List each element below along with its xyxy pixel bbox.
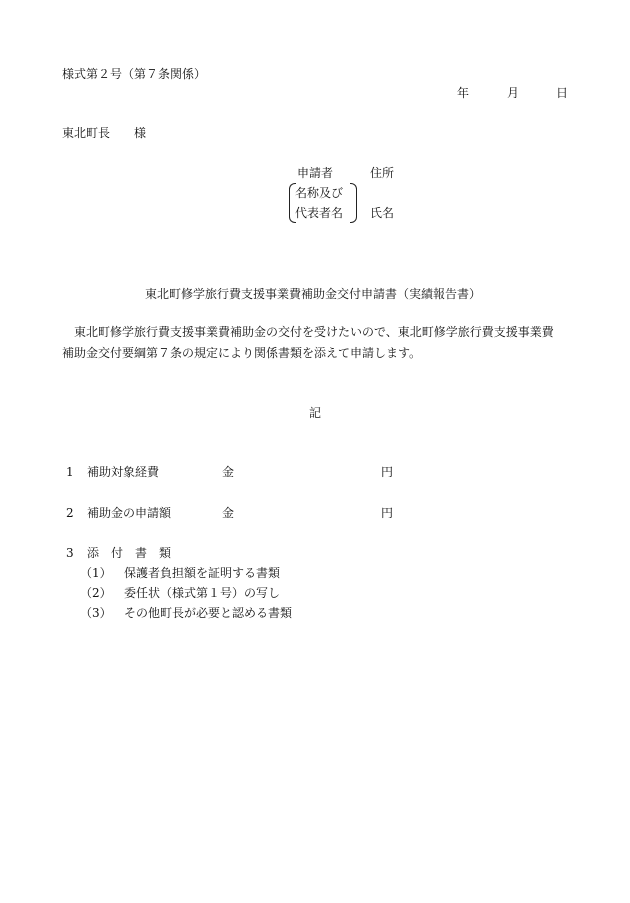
name-line1: 名称及び <box>295 186 343 200</box>
attachment-2-number: （2） <box>80 586 112 600</box>
attachments-number: 3 <box>66 546 74 560</box>
form-number: 様式第２号（第７条関係） <box>62 67 206 81</box>
item-1-unit: 円 <box>381 465 393 479</box>
date-year: 年 <box>457 86 469 100</box>
item-2-prefix: 金 <box>222 506 234 520</box>
item-1-label: 補助対象経費 <box>87 465 159 479</box>
item-2-number: 2 <box>66 506 74 520</box>
attachment-3-number: （3） <box>80 606 112 620</box>
attachment-1-text: 保護者負担額を証明する書類 <box>124 566 280 580</box>
address-label: 住所 <box>370 166 394 180</box>
attachment-2-text: 委任状（様式第１号）の写し <box>124 586 280 600</box>
attachment-3-text: その他町長が必要と認める書類 <box>124 606 292 620</box>
document-title: 東北町修学旅行費支援事業費補助金交付申請書（実績報告書） <box>145 287 481 301</box>
name-line2: 代表者名 <box>295 206 343 220</box>
item-1-number: 1 <box>66 465 74 479</box>
date-month: 月 <box>507 86 519 100</box>
bracket-right <box>350 183 357 223</box>
applicant-label: 申請者 <box>297 166 333 180</box>
addressee-name: 東北町長 <box>62 126 110 140</box>
addressee-honorific: 様 <box>134 126 146 140</box>
item-1-prefix: 金 <box>222 465 234 479</box>
item-2-unit: 円 <box>381 506 393 520</box>
body-line-1: 東北町修学旅行費支援事業費補助金の交付を受けたいので、東北町修学旅行費支援事業費 <box>74 325 554 339</box>
ki-heading: 記 <box>309 406 321 420</box>
name-bracket-group: 名称及び 代表者名 <box>289 183 357 223</box>
name-label: 氏名 <box>370 206 394 220</box>
date-day: 日 <box>556 86 568 100</box>
body-line-2: 補助金交付要綱第７条の規定により関係書類を添えて申請します。 <box>62 346 421 360</box>
attachments-label: 添 付 書 類 <box>87 546 171 560</box>
item-2-label: 補助金の申請額 <box>87 506 171 520</box>
attachment-1-number: （1） <box>80 566 112 580</box>
